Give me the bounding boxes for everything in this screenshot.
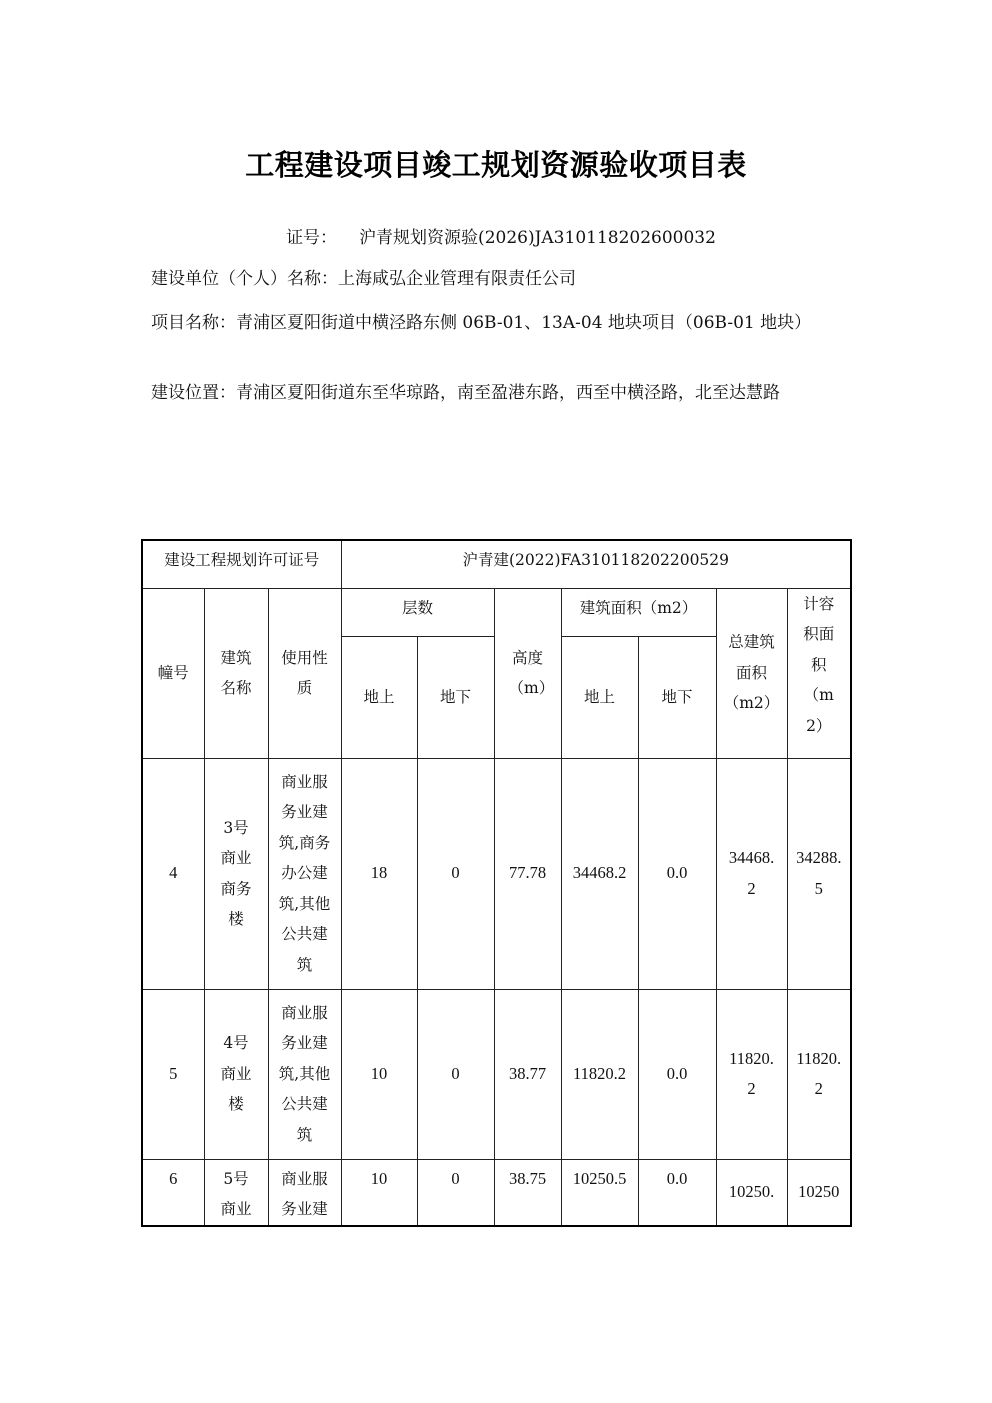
header-area: 建筑面积（m2） [561, 588, 716, 636]
cell-far-area: 11820.2 [787, 989, 851, 1159]
field-location: 建设位置：青浦区夏阳街道东至华琼路，南至盈港东路，西至中横泾路，北至达慧路 [151, 380, 841, 406]
certificate-value: 沪青规划资源验(2026)JA310118202600032 [359, 228, 716, 248]
cell-usage: 商业服务业建 [268, 1159, 341, 1226]
header-floors-above: 地上 [341, 636, 417, 758]
cell-building-name: 4号商业楼 [204, 989, 268, 1159]
certificate-number: 证号：沪青规划资源验(2026)JA310118202600032 [0, 223, 992, 248]
cell-building-name: 3号商业商务楼 [204, 758, 268, 989]
certificate-label: 证号： [286, 228, 337, 248]
header-total-area: 总建筑面积（m2） [716, 588, 787, 758]
cell-area-above: 34468.2 [561, 758, 638, 989]
header-building-no: 幢号 [142, 588, 204, 758]
header-floors-below: 地下 [417, 636, 494, 758]
cell-building-no: 5 [142, 989, 204, 1159]
cell-area-below: 0.0 [638, 758, 716, 989]
header-height: 高度（m） [494, 588, 561, 758]
document-title: 工程建设项目竣工规划资源验收项目表 [0, 143, 992, 184]
acceptance-table: 建设工程规划许可证号 沪青建(2022)FA310118202200529 幢号… [141, 539, 852, 1227]
cell-area-below: 0.0 [638, 1159, 716, 1226]
cell-usage: 商业服务业建筑,商务办公建筑,其他公共建筑 [268, 758, 341, 989]
header-floors: 层数 [341, 588, 494, 636]
field-value: 上海咸弘企业管理有限责任公司 [338, 269, 576, 289]
cell-area-above: 10250.5 [561, 1159, 638, 1226]
cell-height: 77.78 [494, 758, 561, 989]
header-far-area: 计容积面积（m2） [787, 588, 851, 758]
cell-far-area: 34288.5 [787, 758, 851, 989]
cell-floors-below: 0 [417, 758, 494, 989]
cell-usage: 商业服务业建筑,其他公共建筑 [268, 989, 341, 1159]
permit-row: 建设工程规划许可证号 沪青建(2022)FA310118202200529 [142, 540, 851, 588]
field-value: 青浦区夏阳街道中横泾路东侧 06B-01、13A-04 地块项目（06B-01 … [236, 313, 811, 333]
header-usage: 使用性质 [268, 588, 341, 758]
table-row: 6 5号商业 商业服务业建 10 0 38.75 10250.5 0.0 102… [142, 1159, 851, 1226]
field-value: 青浦区夏阳街道东至华琼路，南至盈港东路，西至中横泾路，北至达慧路 [236, 383, 780, 403]
cell-height: 38.75 [494, 1159, 561, 1226]
header-row-1: 幢号 建筑名称 使用性质 层数 高度（m） 建筑面积（m2） 总建筑面积（m2）… [142, 588, 851, 636]
field-label: 项目名称： [151, 313, 236, 333]
cell-area-above: 11820.2 [561, 989, 638, 1159]
field-label: 建设单位（个人）名称： [151, 269, 338, 289]
cell-area-below: 0.0 [638, 989, 716, 1159]
table-row: 5 4号商业楼 商业服务业建筑,其他公共建筑 10 0 38.77 11820.… [142, 989, 851, 1159]
cell-floors-above: 10 [341, 989, 417, 1159]
permit-label: 建设工程规划许可证号 [142, 540, 341, 588]
field-builder: 建设单位（个人）名称：上海咸弘企业管理有限责任公司 [151, 266, 841, 292]
cell-floors-below: 0 [417, 1159, 494, 1226]
cell-floors-above: 18 [341, 758, 417, 989]
cell-building-no: 4 [142, 758, 204, 989]
cell-height: 38.77 [494, 989, 561, 1159]
permit-value: 沪青建(2022)FA310118202200529 [341, 540, 851, 588]
cell-total-area: 34468.2 [716, 758, 787, 989]
cell-total-area: 11820.2 [716, 989, 787, 1159]
header-building-name: 建筑名称 [204, 588, 268, 758]
cell-building-name: 5号商业 [204, 1159, 268, 1226]
cell-building-no: 6 [142, 1159, 204, 1226]
table-row: 4 3号商业商务楼 商业服务业建筑,商务办公建筑,其他公共建筑 18 0 77.… [142, 758, 851, 989]
field-label: 建设位置： [151, 383, 236, 403]
cell-total-area: 10250. [716, 1159, 787, 1226]
cell-floors-above: 10 [341, 1159, 417, 1226]
header-area-below: 地下 [638, 636, 716, 758]
cell-floors-below: 0 [417, 989, 494, 1159]
field-project-name: 项目名称：青浦区夏阳街道中横泾路东侧 06B-01、13A-04 地块项目（06… [151, 310, 841, 336]
header-area-above: 地上 [561, 636, 638, 758]
cell-far-area: 10250 [787, 1159, 851, 1226]
